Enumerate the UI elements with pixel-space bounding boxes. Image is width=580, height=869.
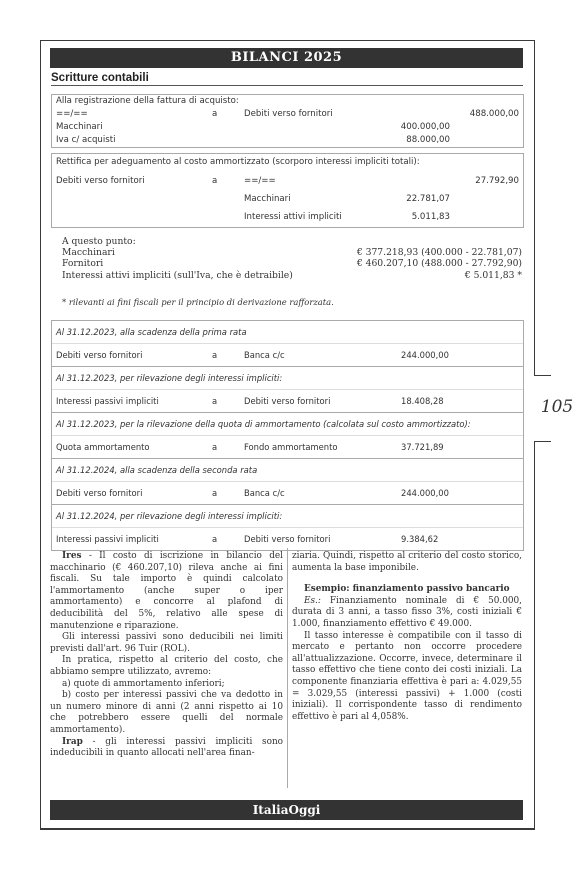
summary-block: A questo punto: Macchinari € 377.218,93 … [62,236,522,281]
partial-amount: 400.000,00 [401,121,450,134]
entry-amount: 244.000,00 [401,482,449,504]
debit-account: Interessi passivi impliciti [56,528,159,550]
journal-row: Debiti verso fornitori a Banca c/c 244.0… [52,482,523,504]
header-bar: BILANCI 2025 [50,48,523,68]
debit-account: Interessi passivi impliciti [56,390,159,412]
journal-row: Interessi passivi impliciti a Debiti ver… [52,528,523,550]
summary-line: Interessi attivi impliciti (sull'Iva, ch… [62,270,522,281]
footnote: * rilevanti ai fini fiscali per il princ… [62,297,334,307]
paragraph-text: - Il costo di iscrizione in bilancio del… [50,551,283,631]
box-caption: Rettifica per adeguamento al costo ammor… [52,154,523,172]
total-amount: 27.792,90 [475,172,519,190]
entry-caption: Al 31.12.2024, per rilevazione degli int… [52,505,523,528]
entry-amount: 37.721,89 [401,436,444,458]
journal-row: Quota ammortamento a Fondo ammortamento … [52,436,523,458]
page-tab-tick-upper [534,375,551,376]
journal-row: Interessi attivi impliciti 5.011,83 [52,208,523,226]
entry-amount: 9.384,62 [401,528,438,550]
partial-amount: 88.000,00 [406,134,450,147]
summary-label: Fornitori [62,258,103,269]
credit-account: Debiti verso fornitori [244,108,333,121]
journal-entry: Al 31.12.2024, per rilevazione degli int… [52,504,523,550]
debit-account: Iva c/ acquisti [56,134,116,147]
entry-connector: a [212,482,217,504]
paragraph: Ires - Il costo di iscrizione in bilanci… [50,551,283,632]
entry-caption: Al 31.12.2023, per la rilevazione della … [52,413,523,436]
column-divider [287,548,288,788]
entry-connector: a [212,390,217,412]
credit-account: Banca c/c [244,482,285,504]
paragraph: ziaria. Quindi, rispetto al criterio del… [292,551,522,574]
page-frame-bottom [40,828,535,830]
journal-entry: Al 31.12.2024, alla scadenza della secon… [52,458,523,504]
credit-account: Fondo ammortamento [244,436,338,458]
entry-caption: Al 31.12.2024, alla scadenza della secon… [52,459,523,482]
paragraph: Es.: Finanziamento nominale di € 50.000,… [292,596,522,631]
body-column-right: ziaria. Quindi, rispetto al criterio del… [292,551,522,723]
adjustment-box: Rettifica per adeguamento al costo ammor… [51,153,524,228]
paragraph-text: - gli interessi passivi impliciti sono i… [50,737,283,759]
debit-account: ==/== [56,108,88,121]
entry-caption: Al 31.12.2023, alla scadenza della prima… [52,321,523,344]
entry-connector: a [212,436,217,458]
paragraph-lead: Ires [62,551,81,561]
journal-row: ==/== a Debiti verso fornitori 488.000,0… [52,108,523,121]
partial-amount: 5.011,83 [412,208,450,226]
credit-account: Banca c/c [244,344,285,366]
example-lead: Es.: [304,596,321,606]
entry-connector: a [212,344,217,366]
page-frame-top [40,40,535,41]
journal-row: Macchinari 22.781,07 [52,190,523,208]
debit-account: Quota ammortamento [56,436,150,458]
example-text: Finanziamento nominale di € 50.000, dura… [292,596,522,629]
paragraph: Irap - gli interessi passivi impliciti s… [50,737,283,760]
summary-value: € 377.218,93 (400.000 - 22.781,07) [357,247,522,258]
summary-value: € 5.011,83 * [465,270,522,281]
summary-intro: A questo punto: [62,236,522,247]
journal-entries-table: Al 31.12.2023, alla scadenza della prima… [51,320,524,551]
paragraph: a) quote di ammortamento inferiori; [50,679,283,691]
summary-label: Macchinari [62,247,115,258]
partial-amount: 22.781,07 [406,190,450,208]
page-frame-left [40,40,41,829]
credit-account: ==/== [244,172,276,190]
page-number: 105 [534,397,580,417]
entry-connector: a [212,528,217,550]
box-caption: Alla registrazione della fattura di acqu… [52,95,523,108]
journal-row: Debiti verso fornitori a Banca c/c 244.0… [52,344,523,366]
debit-account: Debiti verso fornitori [56,344,142,366]
credit-account: Macchinari [244,190,291,208]
journal-entry: Al 31.12.2023, per la rilevazione della … [52,412,523,458]
entry-caption: Al 31.12.2023, per rilevazione degli int… [52,367,523,390]
entry-amount: 18.408,28 [401,390,444,412]
journal-row: Iva c/ acquisti 88.000,00 [52,134,523,147]
paragraph: In pratica, rispetto al criterio del cos… [50,655,283,678]
entry-connector: a [212,172,217,190]
credit-account: Interessi attivi impliciti [244,208,342,226]
credit-account: Debiti verso fornitori [244,528,330,550]
paragraph: Il tasso interesse è compatibile con il … [292,631,522,724]
page-frame-right-lower [534,441,535,829]
entry-amount: 244.000,00 [401,344,449,366]
body-column-left: Ires - Il costo di iscrizione in bilanci… [50,551,283,760]
section-title: Scritture contabili [51,72,523,86]
page-frame-right-upper [534,40,535,376]
credit-account: Debiti verso fornitori [244,390,330,412]
footer-brand-bar: ItaliaOggi [50,800,523,820]
paragraph-lead: Irap [62,737,83,747]
debit-account: Debiti verso fornitori [56,482,142,504]
journal-row: Interessi passivi impliciti a Debiti ver… [52,390,523,412]
page-tab-tick-lower [534,441,551,442]
summary-value: € 460.207,10 (488.000 - 27.792,90) [357,258,522,269]
journal-entry: Al 31.12.2023, alla scadenza della prima… [52,321,523,366]
paragraph: Gli interessi passivi sono deducibili ne… [50,632,283,655]
journal-row: Debiti verso fornitori a ==/== 27.792,90 [52,172,523,190]
journal-row: Macchinari 400.000,00 [52,121,523,134]
paragraph: b) costo per interessi passivi che va de… [50,690,283,736]
summary-line: Macchinari € 377.218,93 (400.000 - 22.78… [62,247,522,258]
summary-line: Fornitori € 460.207,10 (488.000 - 27.792… [62,258,522,269]
entry-connector: a [212,108,217,121]
total-amount: 488.000,00 [470,108,519,121]
example-heading: Esempio: finanziamento passivo bancario [292,584,522,596]
journal-entry: Al 31.12.2023, per rilevazione degli int… [52,366,523,412]
debit-account: Macchinari [56,121,103,134]
summary-label: Interessi attivi impliciti (sull'Iva, ch… [62,270,293,281]
debit-account: Debiti verso fornitori [56,172,145,190]
registration-box: Alla registrazione della fattura di acqu… [51,94,524,148]
